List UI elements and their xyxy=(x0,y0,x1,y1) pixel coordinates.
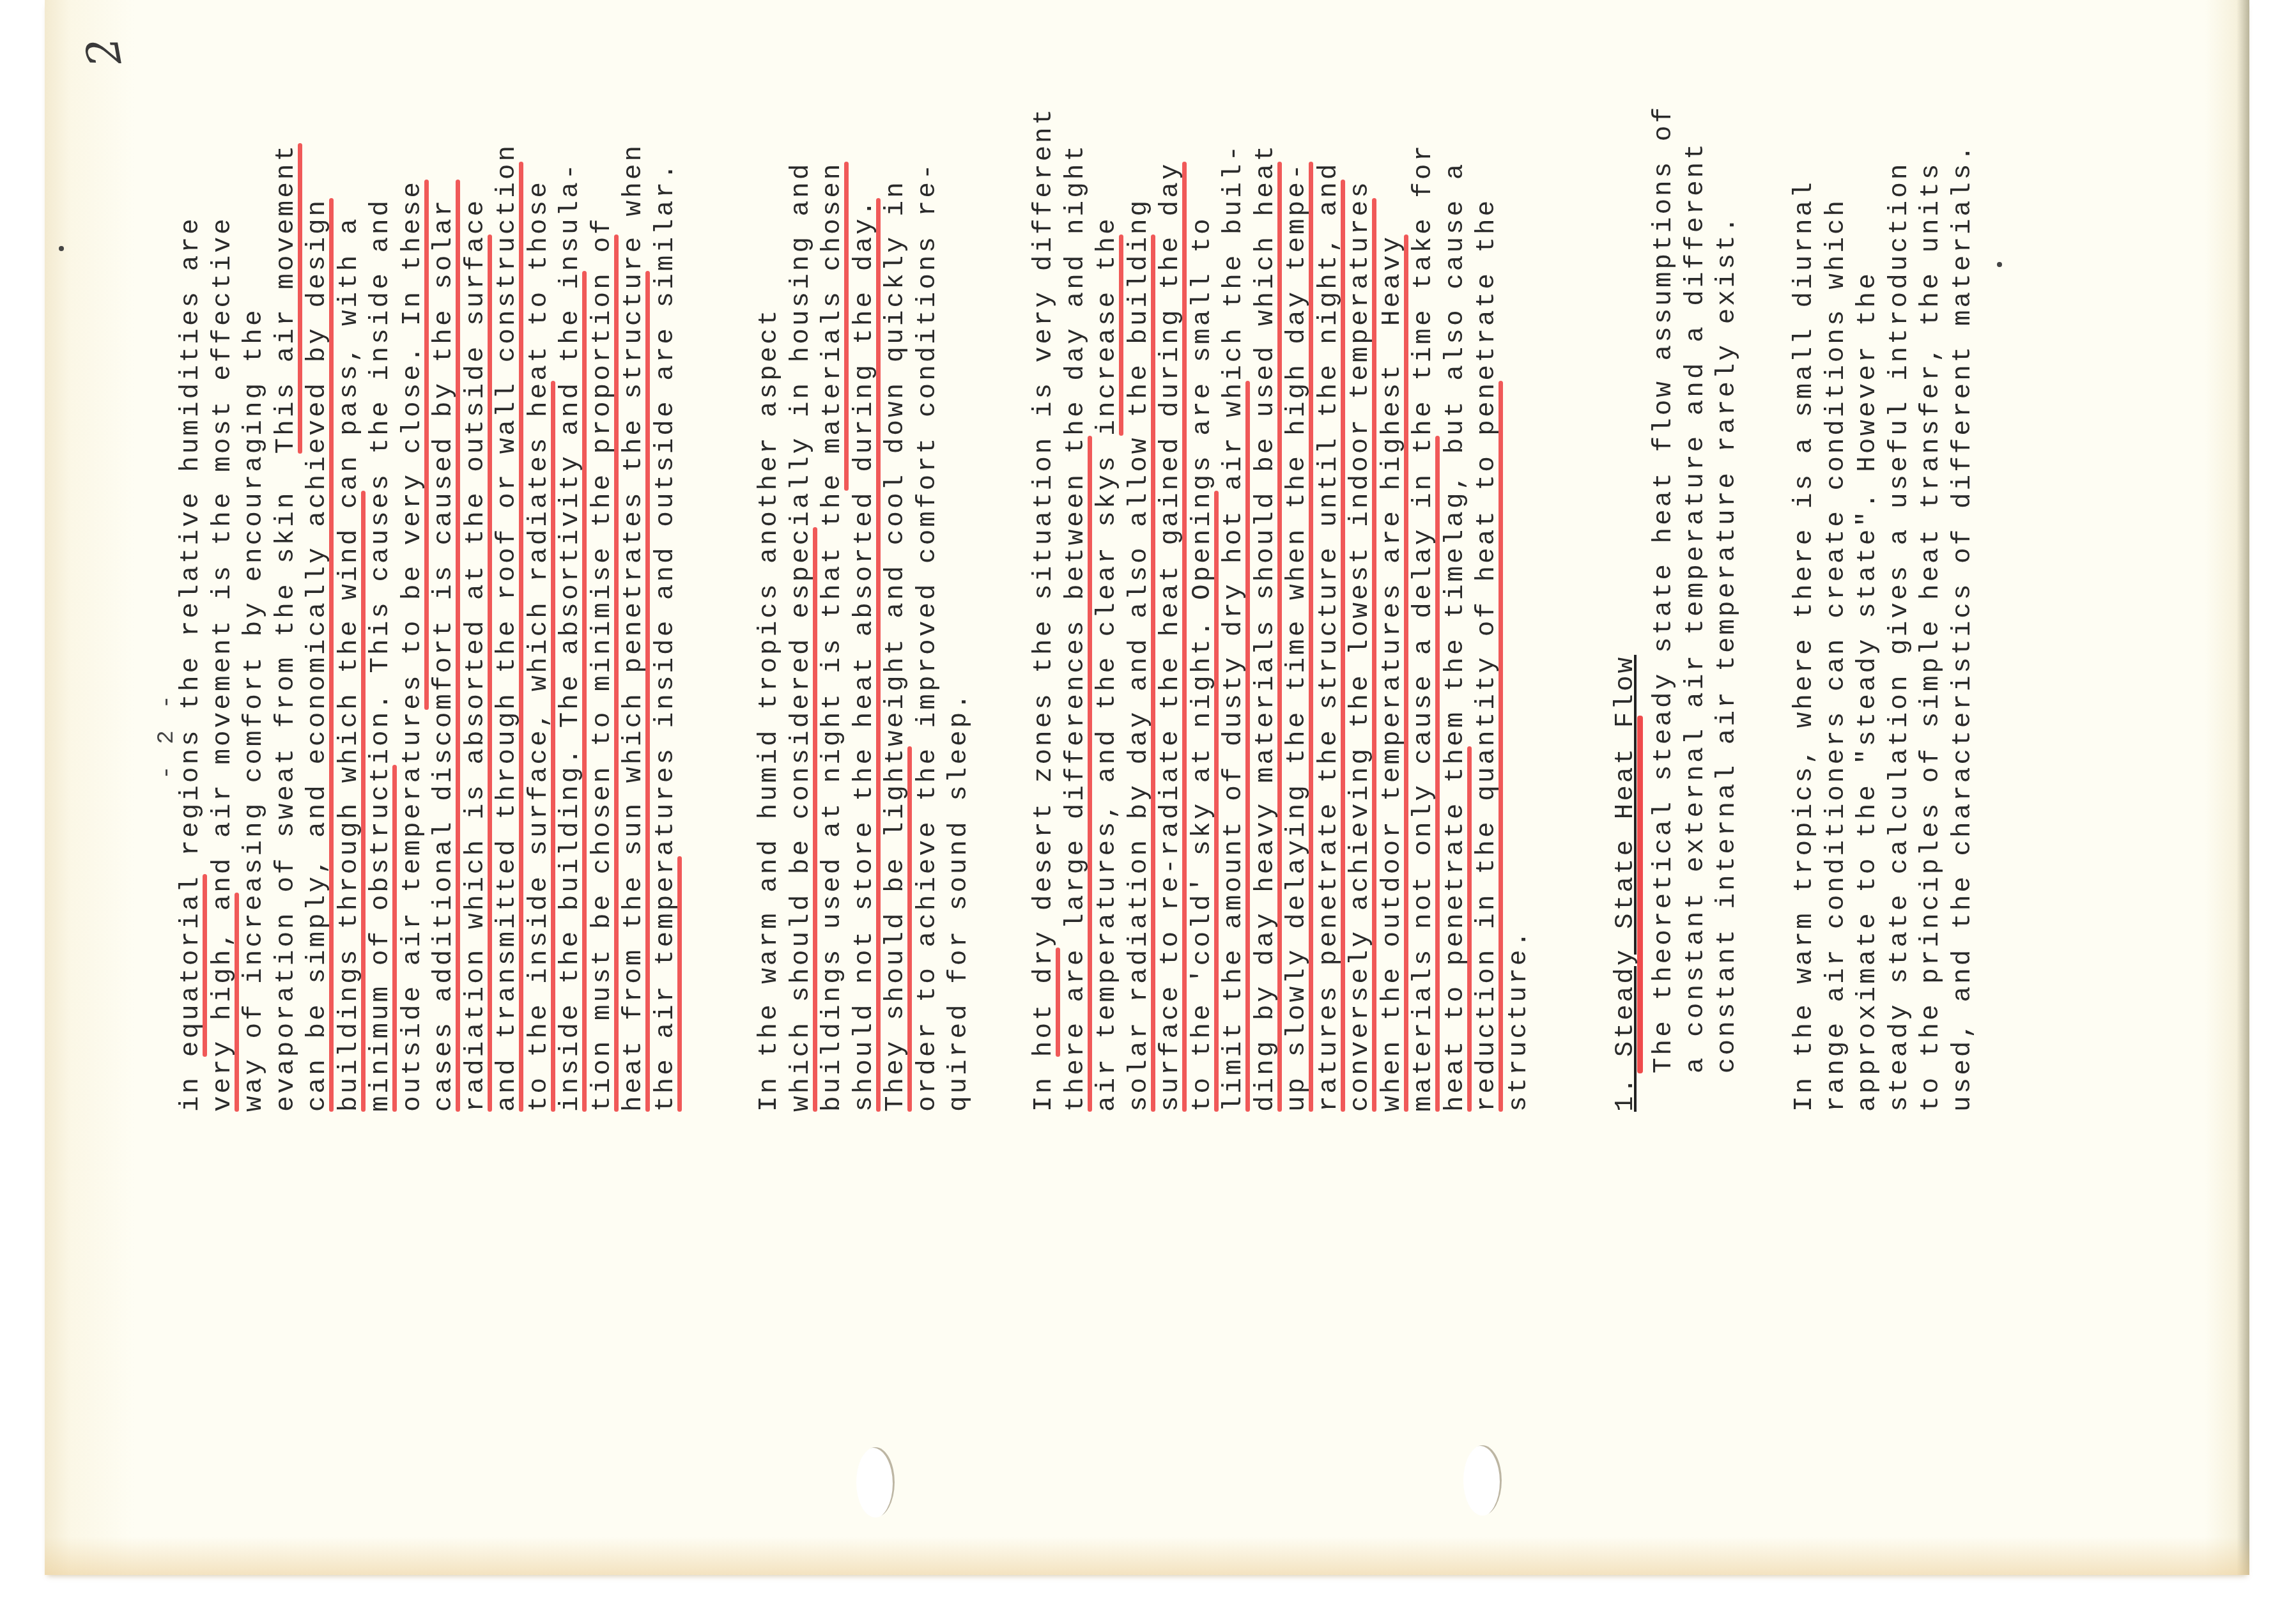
red-marker-stroke xyxy=(1341,180,1345,1112)
red-marker-stroke xyxy=(1151,234,1155,1112)
punch-hole xyxy=(1463,1445,1502,1516)
red-marker-stroke xyxy=(1309,162,1313,1112)
red-marker-stroke xyxy=(813,527,817,1112)
paragraph-theoretical: The theoretical steady state heat flow a… xyxy=(1649,105,1744,1073)
text-line: The theoretical steady state heat flow a… xyxy=(1649,105,1681,1073)
red-marker-stroke xyxy=(519,162,523,1112)
text-line: way of increasing comfort by encouraging… xyxy=(239,143,271,1112)
red-marker-stroke xyxy=(203,874,207,1057)
red-marker-stroke xyxy=(1214,491,1219,1112)
section-heading: 1. Steady State Heat Flow xyxy=(1610,655,1642,1112)
red-marker-stroke xyxy=(1088,436,1092,1112)
text-line: In the warm and humid tropics another as… xyxy=(754,162,786,1112)
red-marker-stroke xyxy=(1245,381,1250,1112)
paragraph-warm-humid: In the warm and humid tropics another as… xyxy=(754,162,976,1112)
red-marker-stroke xyxy=(582,271,587,1112)
red-marker-stroke xyxy=(329,198,334,1112)
red-marker-stroke xyxy=(456,180,460,1112)
text-line: approximate to the "steady state". Howev… xyxy=(1853,143,1884,1112)
paragraph-warm-tropics: In the warm tropics, where there is a sm… xyxy=(1789,143,1979,1112)
red-marker-stroke xyxy=(551,381,555,1112)
speck xyxy=(59,246,64,251)
red-marker-stroke xyxy=(298,143,302,454)
red-marker-stroke xyxy=(1499,381,1503,1112)
text-line: In the warm tropics, where there is a sm… xyxy=(1789,143,1821,1112)
text-line: order to achieve the improved comfort co… xyxy=(913,162,944,1112)
red-marker-stroke xyxy=(614,234,619,1112)
paragraph-hot-dry: In hot dry desert zones the situation is… xyxy=(1029,107,1535,1112)
text-line: a constant external air temperature and … xyxy=(1681,105,1713,1073)
red-marker-stroke xyxy=(361,491,366,1112)
red-marker-stroke xyxy=(424,180,429,709)
red-marker-stroke xyxy=(1404,234,1408,1112)
red-marker-stroke xyxy=(677,856,682,1112)
red-marker-stroke xyxy=(1277,162,1282,1112)
text-line: structure. xyxy=(1504,107,1536,1112)
red-marker-stroke xyxy=(1056,948,1060,1057)
red-marker-stroke xyxy=(1182,162,1187,1112)
red-marker-stroke xyxy=(1435,436,1440,1112)
red-marker-stroke xyxy=(876,198,881,1112)
red-marker-stroke xyxy=(645,271,650,1112)
red-marker-stroke xyxy=(235,893,239,1112)
red-marker-stroke xyxy=(488,234,492,1112)
red-marker-stroke xyxy=(844,162,849,491)
text-line: to the principles of simple heat transfe… xyxy=(1916,143,1948,1112)
red-marker-stroke xyxy=(1119,234,1123,436)
punch-hole xyxy=(856,1447,895,1517)
text-line: steady state calculation gives a useful … xyxy=(1884,143,1916,1112)
red-marker-stroke xyxy=(1467,746,1472,1112)
text-line: constant internal air temperature rarely… xyxy=(1712,105,1744,1073)
rotated-text-frame: - 2 - in equatorial regions the relative… xyxy=(115,0,2096,1112)
red-marker-stroke xyxy=(1372,198,1376,1112)
text-line: range air conditioners can create condit… xyxy=(1821,143,1853,1112)
red-marker-stroke xyxy=(907,746,912,1112)
red-marker-stroke xyxy=(392,765,397,1112)
paragraph-equatorial: in equatorial regions the relative humid… xyxy=(176,143,682,1112)
red-underline xyxy=(1637,716,1643,1073)
text-line: used, and the characteristics of differe… xyxy=(1948,143,1980,1112)
text-line: quired for sound sleep. xyxy=(944,162,976,1112)
